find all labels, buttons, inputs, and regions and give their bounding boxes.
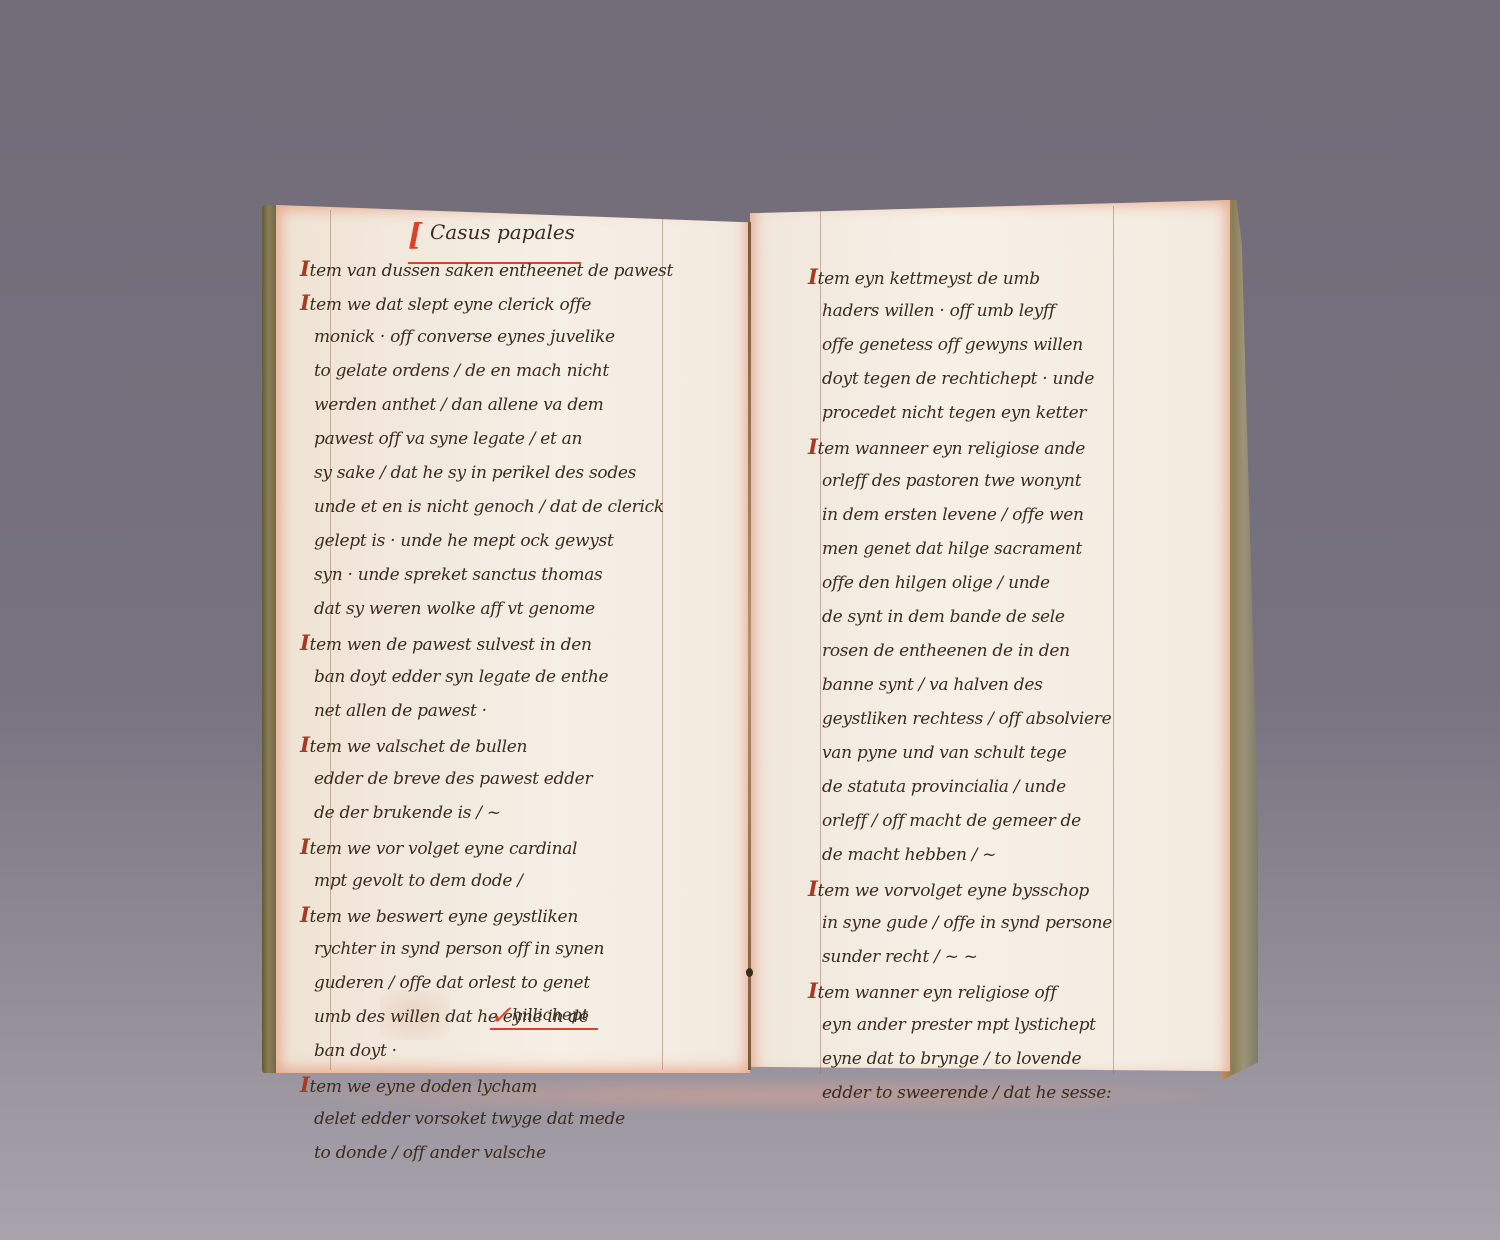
manuscript-line: in dem ersten levene / offe wen bbox=[808, 498, 1208, 532]
line-text: werden anthet / dan allene va dem bbox=[314, 395, 604, 415]
line-text: tem van dussen saken entheenet de pawest bbox=[310, 261, 673, 281]
manuscript-line: de synt in dem bande de sele bbox=[808, 600, 1208, 634]
line-text: ban doyt · bbox=[314, 1041, 397, 1061]
line-text: edder de breve des pawest edder bbox=[314, 769, 592, 789]
rubric-tick-icon: ✓ bbox=[490, 1001, 512, 1031]
line-text: procedet nicht tegen eyn ketter bbox=[822, 403, 1086, 423]
line-text: tem we beswert eyne geystliken bbox=[310, 907, 578, 927]
manuscript-line: Item wanneer eyn religiose ande bbox=[808, 430, 1208, 464]
manuscript-line: eyn ander prester mpt lystichept bbox=[808, 1008, 1208, 1042]
manuscript-line: rosen de entheenen de in den bbox=[808, 634, 1208, 668]
manuscript-line: procedet nicht tegen eyn ketter bbox=[808, 396, 1208, 430]
manuscript-line: sunder recht / ~ ~ bbox=[808, 940, 1208, 974]
book-gutter bbox=[748, 222, 751, 1070]
manuscript-line: de macht hebben / ~ bbox=[808, 838, 1208, 872]
line-text: orleff / off macht de gemeer de bbox=[822, 811, 1081, 831]
manuscript-line: delet edder vorsoket twyge dat mede bbox=[300, 1102, 720, 1136]
rubricated-initial: I bbox=[300, 256, 310, 281]
line-text: tem wen de pawest sulvest in den bbox=[310, 635, 592, 655]
line-text: net allen de pawest · bbox=[314, 701, 487, 721]
manuscript-line: Item we eyne doden lycham bbox=[300, 1068, 720, 1102]
manuscript-line: men genet dat hilge sacrament bbox=[808, 532, 1208, 566]
line-text: in dem ersten levene / offe wen bbox=[822, 505, 1084, 525]
manuscript-line: mpt gevolt to dem dode / bbox=[300, 864, 720, 898]
manuscript-line: ban doyt edder syn legate de enthe bbox=[300, 660, 720, 694]
line-text: ban doyt edder syn legate de enthe bbox=[314, 667, 608, 687]
catchword: ✓ hillichept bbox=[490, 1005, 598, 1030]
rubricated-initial: I bbox=[808, 876, 818, 901]
manuscript-line: ban doyt · bbox=[300, 1034, 720, 1068]
manuscript-line: Item we dat slept eyne clerick offe bbox=[300, 286, 720, 320]
heading-text: Casus papales bbox=[430, 220, 575, 244]
manuscript-line: haders willen · off umb leyff bbox=[808, 294, 1208, 328]
rubricated-initial: I bbox=[808, 264, 818, 289]
manuscript-line: in syne gude / offe in synd persone bbox=[808, 906, 1208, 940]
manuscript-line: orleff / off macht de gemeer de bbox=[808, 804, 1208, 838]
line-text: monick · off converse eynes juvelike bbox=[314, 327, 615, 347]
rubricated-initial: I bbox=[300, 834, 310, 859]
rubricated-initial: I bbox=[300, 732, 310, 757]
line-text: tem we valschet de bullen bbox=[310, 737, 528, 757]
line-text: men genet dat hilge sacrament bbox=[822, 539, 1082, 559]
rubricated-initial: I bbox=[300, 290, 310, 315]
line-text: tem we dat slept eyne clerick offe bbox=[310, 295, 592, 315]
line-text: to gelate ordens / de en mach nicht bbox=[314, 361, 609, 381]
line-text: geystliken rechtess / off absolviere bbox=[822, 709, 1111, 729]
line-text: de synt in dem bande de sele bbox=[822, 607, 1065, 627]
line-text: orleff des pastoren twe wonynt bbox=[822, 471, 1081, 491]
manuscript-line: edder to sweerende / dat he sesse: bbox=[808, 1076, 1208, 1110]
line-text: offe genetess off gewyns willen bbox=[822, 335, 1083, 355]
line-text: dat sy weren wolke aff vt genome bbox=[314, 599, 595, 619]
manuscript-line: syn · unde spreket sanctus thomas bbox=[300, 558, 720, 592]
manuscript-line: werden anthet / dan allene va dem bbox=[300, 388, 720, 422]
rubricated-initial: I bbox=[300, 1072, 310, 1097]
manuscript-line: dat sy weren wolke aff vt genome bbox=[300, 592, 720, 626]
line-text: edder to sweerende / dat he sesse: bbox=[822, 1083, 1111, 1103]
line-text: guderen / offe dat orlest to genet bbox=[314, 973, 590, 993]
line-text: pawest off va syne legate / et an bbox=[314, 429, 582, 449]
manuscript-line: de der brukende is / ~ bbox=[300, 796, 720, 830]
left-page-text: Item van dussen saken entheenet de pawes… bbox=[300, 252, 720, 1170]
manuscript-line: Item we vorvolget eyne bysschop bbox=[808, 872, 1208, 906]
manuscript-line: net allen de pawest · bbox=[300, 694, 720, 728]
line-text: eyn ander prester mpt lystichept bbox=[822, 1015, 1096, 1035]
line-text: tem we vor volget eyne cardinal bbox=[310, 839, 578, 859]
line-text: eyne dat to brynge / to lovende bbox=[822, 1049, 1081, 1069]
manuscript-line: sy sake / dat he sy in perikel des sodes bbox=[300, 456, 720, 490]
manuscript-line: de statuta provincialia / unde bbox=[808, 770, 1208, 804]
line-text: banne synt / va halven des bbox=[822, 675, 1043, 695]
manuscript-line: geystliken rechtess / off absolviere bbox=[808, 702, 1208, 736]
line-text: de statuta provincialia / unde bbox=[822, 777, 1066, 797]
rubric-bracket-icon: [ bbox=[408, 218, 422, 253]
rubricated-initial: I bbox=[300, 902, 310, 927]
line-text: tem we eyne doden lycham bbox=[310, 1077, 538, 1097]
line-text: rychter in synd person off in synen bbox=[314, 939, 604, 959]
line-text: delet edder vorsoket twyge dat mede bbox=[314, 1109, 625, 1129]
line-text: to donde / off ander valsche bbox=[314, 1143, 546, 1163]
line-text: gelept is · unde he mept ock gewyst bbox=[314, 531, 614, 551]
manuscript-line: to gelate ordens / de en mach nicht bbox=[300, 354, 720, 388]
line-text: sunder recht / ~ ~ bbox=[822, 947, 978, 967]
manuscript-line: Item we valschet de bullen bbox=[300, 728, 720, 762]
manuscript-line: unde et en is nicht genoch / dat de cler… bbox=[300, 490, 720, 524]
manuscript-line: doyt tegen de rechtichept · unde bbox=[808, 362, 1208, 396]
manuscript-line: guderen / offe dat orlest to genet bbox=[300, 966, 720, 1000]
line-text: de der brukende is / ~ bbox=[314, 803, 501, 823]
manuscript-line: offe genetess off gewyns willen bbox=[808, 328, 1208, 362]
line-text: van pyne und van schult tege bbox=[822, 743, 1067, 763]
manuscript-line: banne synt / va halven des bbox=[808, 668, 1208, 702]
manuscript-line: van pyne und van schult tege bbox=[808, 736, 1208, 770]
rubricated-initial: I bbox=[808, 434, 818, 459]
manuscript-line: Item we vor volget eyne cardinal bbox=[300, 830, 720, 864]
open-manuscript: [ Casus papales Item van dussen saken en… bbox=[0, 0, 1500, 1240]
manuscript-line: Item van dussen saken entheenet de pawes… bbox=[300, 252, 720, 286]
line-text: tem eyn kettmeyst de umb bbox=[818, 269, 1040, 289]
manuscript-line: eyne dat to brynge / to lovende bbox=[808, 1042, 1208, 1076]
manuscript-line: orleff des pastoren twe wonynt bbox=[808, 464, 1208, 498]
line-text: tem wanneer eyn religiose ande bbox=[818, 439, 1086, 459]
manuscript-line: Item we beswert eyne geystliken bbox=[300, 898, 720, 932]
line-text: offe den hilgen olige / unde bbox=[822, 573, 1050, 593]
manuscript-line: gelept is · unde he mept ock gewyst bbox=[300, 524, 720, 558]
manuscript-line: offe den hilgen olige / unde bbox=[808, 566, 1208, 600]
line-text: tem wanner eyn religiose off bbox=[818, 983, 1057, 1003]
manuscript-line: edder de breve des pawest edder bbox=[300, 762, 720, 796]
manuscript-line: to donde / off ander valsche bbox=[300, 1136, 720, 1170]
right-page-text: Item eyn kettmeyst de umbhaders willen ·… bbox=[808, 260, 1208, 1110]
line-text: doyt tegen de rechtichept · unde bbox=[822, 369, 1094, 389]
line-text: sy sake / dat he sy in perikel des sodes bbox=[314, 463, 636, 483]
line-text: tem we vorvolget eyne bysschop bbox=[818, 881, 1089, 901]
catchword-text: hillichept bbox=[512, 1005, 588, 1024]
line-text: syn · unde spreket sanctus thomas bbox=[314, 565, 602, 585]
manuscript-line: pawest off va syne legate / et an bbox=[300, 422, 720, 456]
manuscript-line: monick · off converse eynes juvelike bbox=[300, 320, 720, 354]
manuscript-line: rychter in synd person off in synen bbox=[300, 932, 720, 966]
line-text: in syne gude / offe in synd persone bbox=[822, 913, 1112, 933]
manuscript-line: Item wen de pawest sulvest in den bbox=[300, 626, 720, 660]
rubricated-initial: I bbox=[808, 978, 818, 1003]
left-book-edge bbox=[262, 205, 278, 1073]
line-text: unde et en is nicht genoch / dat de cler… bbox=[314, 497, 664, 517]
line-text: mpt gevolt to dem dode / bbox=[314, 871, 523, 891]
manuscript-line: Item wanner eyn religiose off bbox=[808, 974, 1208, 1008]
rubricated-initial: I bbox=[300, 630, 310, 655]
manuscript-line: Item eyn kettmeyst de umb bbox=[808, 260, 1208, 294]
binding-hole bbox=[746, 968, 753, 977]
line-text: rosen de entheenen de in den bbox=[822, 641, 1070, 661]
line-text: haders willen · off umb leyff bbox=[822, 301, 1055, 321]
line-text: de macht hebben / ~ bbox=[822, 845, 996, 865]
